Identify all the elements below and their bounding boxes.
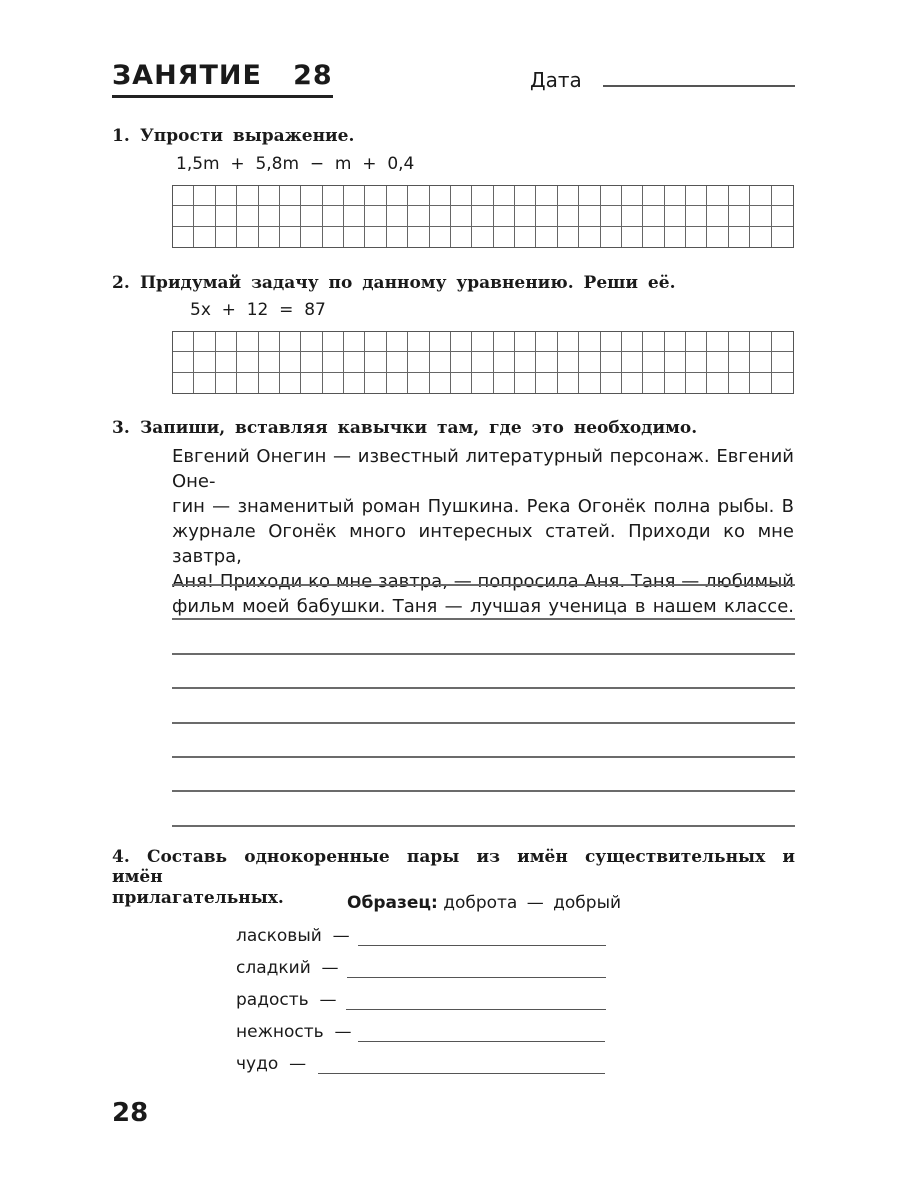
grid-cell[interactable] [622, 227, 643, 247]
pair-answer-line[interactable] [358, 945, 606, 946]
grid-cell[interactable] [365, 352, 386, 372]
grid-cell[interactable] [686, 227, 707, 247]
grid-cell[interactable] [686, 206, 707, 226]
writing-line[interactable] [172, 825, 795, 827]
source-text-line: фильм моей бабушки. Таня — лучшая учениц… [172, 594, 794, 619]
grid-cell[interactable] [729, 332, 750, 352]
grid-cell[interactable] [280, 373, 301, 393]
sample-text: доброта — добрый [443, 893, 621, 913]
grid-cell[interactable] [729, 206, 750, 226]
grid-cell[interactable] [622, 332, 643, 352]
grid-cell[interactable] [494, 227, 515, 247]
task-3-number: 3. [112, 418, 140, 438]
grid-cell[interactable] [365, 186, 386, 206]
grid-cell[interactable] [430, 186, 451, 206]
grid-cell[interactable] [301, 206, 322, 226]
grid-cell[interactable] [772, 373, 793, 393]
grid-cell[interactable] [387, 186, 408, 206]
grid-cell[interactable] [216, 332, 237, 352]
grid-cell[interactable] [536, 206, 557, 226]
grid-cell[interactable] [194, 227, 215, 247]
grid-cell[interactable] [601, 206, 622, 226]
grid-cell[interactable] [579, 352, 600, 372]
grid-cell[interactable] [301, 227, 322, 247]
grid-cell[interactable] [729, 352, 750, 372]
grid-cell[interactable] [173, 373, 194, 393]
grid-cell[interactable] [194, 206, 215, 226]
grid-cell[interactable] [430, 332, 451, 352]
grid-cell[interactable] [686, 332, 707, 352]
grid-cell[interactable] [365, 373, 386, 393]
grid-cell[interactable] [643, 352, 664, 372]
grid-cell[interactable] [515, 186, 536, 206]
source-text-line: журнале Огонёк много интересных статей. … [172, 519, 794, 569]
grid-cell[interactable] [772, 227, 793, 247]
grid-cell[interactable] [387, 227, 408, 247]
grid-cell[interactable] [194, 373, 215, 393]
grid-cell[interactable] [430, 227, 451, 247]
task-2-heading: 2.Придумай задачу по данному уравнению. … [112, 273, 676, 293]
grid-cell[interactable] [579, 332, 600, 352]
grid-cell[interactable] [301, 352, 322, 372]
grid-cell[interactable] [643, 227, 664, 247]
grid-cell[interactable] [515, 227, 536, 247]
grid-cell[interactable] [494, 186, 515, 206]
grid-cell[interactable] [665, 227, 686, 247]
grid-cell[interactable] [451, 206, 472, 226]
grid-cell[interactable] [643, 373, 664, 393]
grid-cell[interactable] [237, 373, 258, 393]
grid-cell[interactable] [344, 206, 365, 226]
grid-cell[interactable] [387, 352, 408, 372]
grid-cell[interactable] [494, 332, 515, 352]
grid-cell[interactable] [665, 373, 686, 393]
pair-row: чудо — [236, 1054, 306, 1074]
task-1-instruction: Упрости выражение. [140, 126, 354, 146]
grid-cell[interactable] [344, 352, 365, 372]
grid-cell[interactable] [729, 373, 750, 393]
grid-cell[interactable] [601, 332, 622, 352]
grid-cell[interactable] [707, 373, 728, 393]
grid-cell[interactable] [237, 332, 258, 352]
grid-cell[interactable] [494, 352, 515, 372]
grid-cell[interactable] [558, 332, 579, 352]
pair-word: чудо [236, 1054, 278, 1074]
grid-cell[interactable] [259, 373, 280, 393]
grid-cell[interactable] [472, 352, 493, 372]
source-text-line: Евгений Онегин — известный литературный … [172, 444, 794, 494]
grid-cell[interactable] [365, 206, 386, 226]
pair-answer-line[interactable] [318, 1073, 605, 1074]
grid-cell[interactable] [472, 227, 493, 247]
pair-dash: — [278, 1054, 306, 1074]
grid-cell[interactable] [750, 227, 771, 247]
grid-cell[interactable] [259, 186, 280, 206]
task-4-instruction-line-1: Составь однокоренные пары из имён сущест… [112, 847, 795, 887]
grid-cell[interactable] [430, 352, 451, 372]
grid-cell[interactable] [579, 206, 600, 226]
task-4-sample: Образец: доброта — добрый [347, 893, 621, 913]
grid-cell[interactable] [750, 206, 771, 226]
pair-word: сладкий [236, 958, 311, 978]
grid-cell[interactable] [365, 227, 386, 247]
pair-dash: — [311, 958, 339, 978]
grid-cell[interactable] [365, 332, 386, 352]
grid-cell[interactable] [643, 332, 664, 352]
task-4-number: 4. [112, 847, 130, 867]
task-2-number: 2. [112, 273, 140, 293]
grid-cell[interactable] [237, 186, 258, 206]
pair-row: сладкий — [236, 958, 339, 978]
writing-line[interactable] [172, 653, 795, 655]
grid-cell[interactable] [430, 206, 451, 226]
grid-cell[interactable] [259, 206, 280, 226]
grid-cell[interactable] [707, 227, 728, 247]
grid-cell[interactable] [536, 227, 557, 247]
grid-cell[interactable] [622, 373, 643, 393]
grid-cell[interactable] [665, 332, 686, 352]
grid-cell[interactable] [259, 332, 280, 352]
grid-cell[interactable] [558, 373, 579, 393]
grid-cell[interactable] [515, 352, 536, 372]
grid-cell[interactable] [515, 332, 536, 352]
grid-cell[interactable] [643, 186, 664, 206]
grid-cell[interactable] [536, 186, 557, 206]
pair-dash: — [309, 990, 337, 1010]
grid-cell[interactable] [579, 227, 600, 247]
grid-cell[interactable] [558, 206, 579, 226]
grid-cell[interactable] [451, 227, 472, 247]
grid-cell[interactable] [686, 186, 707, 206]
grid-cell[interactable] [194, 332, 215, 352]
grid-cell[interactable] [772, 332, 793, 352]
grid-cell[interactable] [707, 206, 728, 226]
pair-answer-line[interactable] [358, 1041, 605, 1042]
grid-cell[interactable] [323, 373, 344, 393]
writing-line[interactable] [172, 687, 795, 689]
task-2-instruction: Придумай задачу по данному уравнению. Ре… [140, 273, 676, 293]
grid-cell[interactable] [387, 206, 408, 226]
grid-cell[interactable] [344, 332, 365, 352]
grid-cell[interactable] [344, 373, 365, 393]
grid-cell[interactable] [301, 332, 322, 352]
grid-cell[interactable] [323, 227, 344, 247]
pair-word: радость [236, 990, 309, 1010]
grid-cell[interactable] [750, 186, 771, 206]
grid-cell[interactable] [772, 186, 793, 206]
grid-cell[interactable] [216, 352, 237, 372]
grid-cell[interactable] [280, 206, 301, 226]
grid-cell[interactable] [451, 332, 472, 352]
grid-cell[interactable] [707, 352, 728, 372]
grid-cell[interactable] [750, 332, 771, 352]
grid-cell[interactable] [536, 352, 557, 372]
grid-cell[interactable] [237, 352, 258, 372]
grid-cell[interactable] [301, 373, 322, 393]
task-1-answer-grid[interactable] [172, 185, 794, 248]
grid-cell[interactable] [344, 227, 365, 247]
pair-dash: — [324, 1022, 352, 1042]
grid-cell[interactable] [622, 186, 643, 206]
grid-cell[interactable] [579, 373, 600, 393]
grid-cell[interactable] [472, 186, 493, 206]
grid-cell[interactable] [601, 352, 622, 372]
grid-cell[interactable] [707, 332, 728, 352]
grid-cell[interactable] [408, 227, 429, 247]
task-3-instruction: Запиши, вставляя кавычки там, где это не… [140, 418, 697, 438]
pair-row: нежность — [236, 1022, 352, 1042]
task-1-heading: 1.Упрости выражение. [112, 126, 354, 146]
grid-cell[interactable] [387, 373, 408, 393]
grid-cell[interactable] [194, 186, 215, 206]
grid-cell[interactable] [472, 373, 493, 393]
grid-cell[interactable] [430, 373, 451, 393]
source-text-line: Аня! Приходи ко мне завтра, — попросила … [172, 569, 794, 594]
task-3-source-text: Евгений Онегин — известный литературный … [172, 444, 794, 619]
grid-cell[interactable] [558, 352, 579, 372]
writing-line[interactable] [172, 790, 795, 792]
grid-cell[interactable] [665, 352, 686, 372]
grid-cell[interactable] [729, 186, 750, 206]
grid-cell[interactable] [194, 352, 215, 372]
grid-cell[interactable] [472, 206, 493, 226]
grid-cell[interactable] [323, 206, 344, 226]
grid-cell[interactable] [323, 186, 344, 206]
writing-line[interactable] [172, 618, 795, 620]
lesson-title: ЗАНЯТИЕ 28 [112, 60, 333, 98]
date-input-line[interactable] [603, 85, 795, 87]
grid-cell[interactable] [451, 186, 472, 206]
grid-cell[interactable] [515, 373, 536, 393]
grid-cell[interactable] [494, 373, 515, 393]
sample-label: Образец: [347, 893, 438, 913]
grid-cell[interactable] [601, 227, 622, 247]
grid-cell[interactable] [280, 352, 301, 372]
grid-cell[interactable] [259, 352, 280, 372]
grid-cell[interactable] [408, 206, 429, 226]
grid-cell[interactable] [472, 332, 493, 352]
grid-cell[interactable] [750, 352, 771, 372]
grid-cell[interactable] [686, 352, 707, 372]
task-3-heading: 3.Запиши, вставляя кавычки там, где это … [112, 418, 697, 438]
grid-cell[interactable] [173, 332, 194, 352]
grid-cell[interactable] [686, 373, 707, 393]
grid-cell[interactable] [280, 227, 301, 247]
grid-cell[interactable] [216, 373, 237, 393]
grid-cell[interactable] [301, 186, 322, 206]
grid-cell[interactable] [173, 227, 194, 247]
task-2-answer-grid[interactable] [172, 331, 794, 394]
grid-cell[interactable] [408, 186, 429, 206]
grid-cell[interactable] [408, 373, 429, 393]
grid-cell[interactable] [665, 206, 686, 226]
task-2-equation: 5x + 12 = 87 [190, 300, 326, 320]
grid-cell[interactable] [772, 206, 793, 226]
pair-answer-line[interactable] [346, 1009, 606, 1010]
grid-cell[interactable] [665, 186, 686, 206]
pair-row: ласковый — [236, 926, 350, 946]
grid-cell[interactable] [173, 352, 194, 372]
grid-cell[interactable] [558, 186, 579, 206]
page-number: 28 [112, 1098, 148, 1128]
grid-cell[interactable] [579, 186, 600, 206]
grid-cell[interactable] [173, 206, 194, 226]
grid-cell[interactable] [451, 373, 472, 393]
grid-cell[interactable] [323, 352, 344, 372]
grid-cell[interactable] [601, 373, 622, 393]
grid-cell[interactable] [707, 186, 728, 206]
grid-cell[interactable] [216, 227, 237, 247]
grid-cell[interactable] [494, 206, 515, 226]
pair-answer-line[interactable] [347, 977, 606, 978]
grid-cell[interactable] [622, 206, 643, 226]
grid-cell[interactable] [237, 227, 258, 247]
grid-cell[interactable] [750, 373, 771, 393]
grid-cell[interactable] [387, 332, 408, 352]
grid-cell[interactable] [216, 206, 237, 226]
grid-cell[interactable] [451, 352, 472, 372]
date-label: Дата [530, 68, 582, 92]
grid-cell[interactable] [558, 227, 579, 247]
grid-cell[interactable] [323, 332, 344, 352]
writing-line[interactable] [172, 756, 795, 758]
pair-word: ласковый [236, 926, 322, 946]
pair-row: радость — [236, 990, 336, 1010]
grid-cell[interactable] [643, 206, 664, 226]
grid-cell[interactable] [259, 227, 280, 247]
writing-line[interactable] [172, 722, 795, 724]
task-1-number: 1. [112, 126, 140, 146]
grid-cell[interactable] [622, 352, 643, 372]
writing-line[interactable] [172, 584, 795, 586]
grid-cell[interactable] [536, 332, 557, 352]
grid-cell[interactable] [237, 206, 258, 226]
grid-cell[interactable] [536, 373, 557, 393]
pair-dash: — [322, 926, 350, 946]
grid-cell[interactable] [729, 227, 750, 247]
grid-cell[interactable] [173, 186, 194, 206]
source-text-line: гин — знаменитый роман Пушкина. Река Ого… [172, 494, 794, 519]
grid-cell[interactable] [408, 332, 429, 352]
grid-cell[interactable] [280, 186, 301, 206]
grid-cell[interactable] [772, 352, 793, 372]
task-1-expression: 1,5m + 5,8m − m + 0,4 [176, 154, 414, 174]
grid-cell[interactable] [601, 186, 622, 206]
grid-cell[interactable] [344, 186, 365, 206]
pair-word: нежность [236, 1022, 324, 1042]
grid-cell[interactable] [408, 352, 429, 372]
grid-cell[interactable] [515, 206, 536, 226]
grid-cell[interactable] [280, 332, 301, 352]
grid-cell[interactable] [216, 186, 237, 206]
